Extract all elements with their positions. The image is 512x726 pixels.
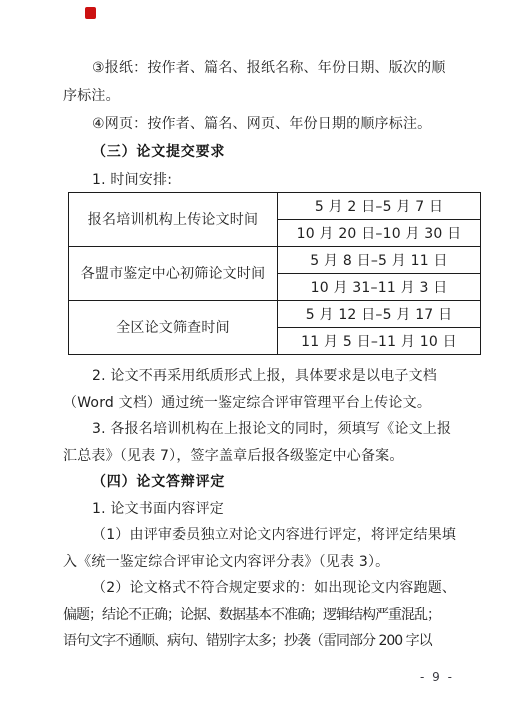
text-line: 1. 论文书面内容评定 [63, 496, 463, 523]
body-text-upper: ③报纸：按作者、篇名、报纸名称、年份日期、版次的顺 序标注。 ④网页：按作者、篇… [63, 54, 451, 194]
schedule-table: 报名培训机构上传论文时间 5 月 2 日–5 月 7 日 10 月 20 日–1… [68, 192, 481, 355]
section-heading-submission: （三）论文提交要求 [63, 138, 451, 166]
text-line: 1. 时间安排: [63, 166, 451, 194]
text-line: ③报纸：按作者、篇名、报纸名称、年份日期、版次的顺 [63, 54, 451, 82]
period-cell: 5 月 12 日–5 月 17 日 [278, 301, 481, 328]
document-page: ③报纸：按作者、篇名、报纸名称、年份日期、版次的顺 序标注。 ④网页：按作者、篇… [0, 0, 512, 726]
text-line: 语句文字不通顺、病句、错别字太多；抄袭（雷同部分 200 字以 [63, 628, 463, 655]
red-square-mark [85, 7, 96, 19]
period-cell: 10 月 20 日–10 月 30 日 [278, 220, 481, 247]
page-number: - 9 - [420, 670, 454, 684]
period-cell: 11 月 5 日–11 月 10 日 [278, 328, 481, 355]
text-line: （Word 文档）通过统一鉴定综合评审管理平台上传论文。 [63, 390, 463, 417]
period-cell: 5 月 8 日–5 月 11 日 [278, 247, 481, 274]
org-cell: 全区论文筛查时间 [69, 301, 278, 355]
text-line: ④网页：按作者、篇名、网页、年份日期的顺序标注。 [63, 110, 451, 138]
period-cell: 5 月 2 日–5 月 7 日 [278, 193, 481, 220]
org-cell: 报名培训机构上传论文时间 [69, 193, 278, 247]
text-line: 序标注。 [63, 82, 451, 110]
text-line: 汇总表》（见表 7），签字盖章后报各级鉴定中心备案。 [63, 443, 463, 470]
text-line: （2）论文格式不符合规定要求的：如出现论文内容跑题、 [63, 575, 463, 602]
body-text-lower: 2. 论文不再采用纸质形式上报，具体要求是以电子文档 （Word 文档）通过统一… [63, 363, 463, 655]
period-cell: 10 月 31–11 月 3 日 [278, 274, 481, 301]
text-line: 入《统一鉴定综合评审论文内容评分表》（见表 3）。 [63, 549, 463, 576]
text-line: 3. 各报名培训机构在上报论文的同时，须填写《论文上报 [63, 416, 463, 443]
org-cell: 各盟市鉴定中心初筛论文时间 [69, 247, 278, 301]
section-heading-defense: （四）论文答辩评定 [63, 469, 463, 496]
text-line: 偏题；结论不正确；论据、数据基本不准确；逻辑结构严重混乱； [63, 602, 463, 629]
table-row: 全区论文筛查时间 5 月 12 日–5 月 17 日 [69, 301, 481, 328]
text-line: （1）由评审委员独立对论文内容进行评定，将评定结果填 [63, 522, 463, 549]
text-line: 2. 论文不再采用纸质形式上报，具体要求是以电子文档 [63, 363, 463, 390]
table-row: 各盟市鉴定中心初筛论文时间 5 月 8 日–5 月 11 日 [69, 247, 481, 274]
table-row: 报名培训机构上传论文时间 5 月 2 日–5 月 7 日 [69, 193, 481, 220]
